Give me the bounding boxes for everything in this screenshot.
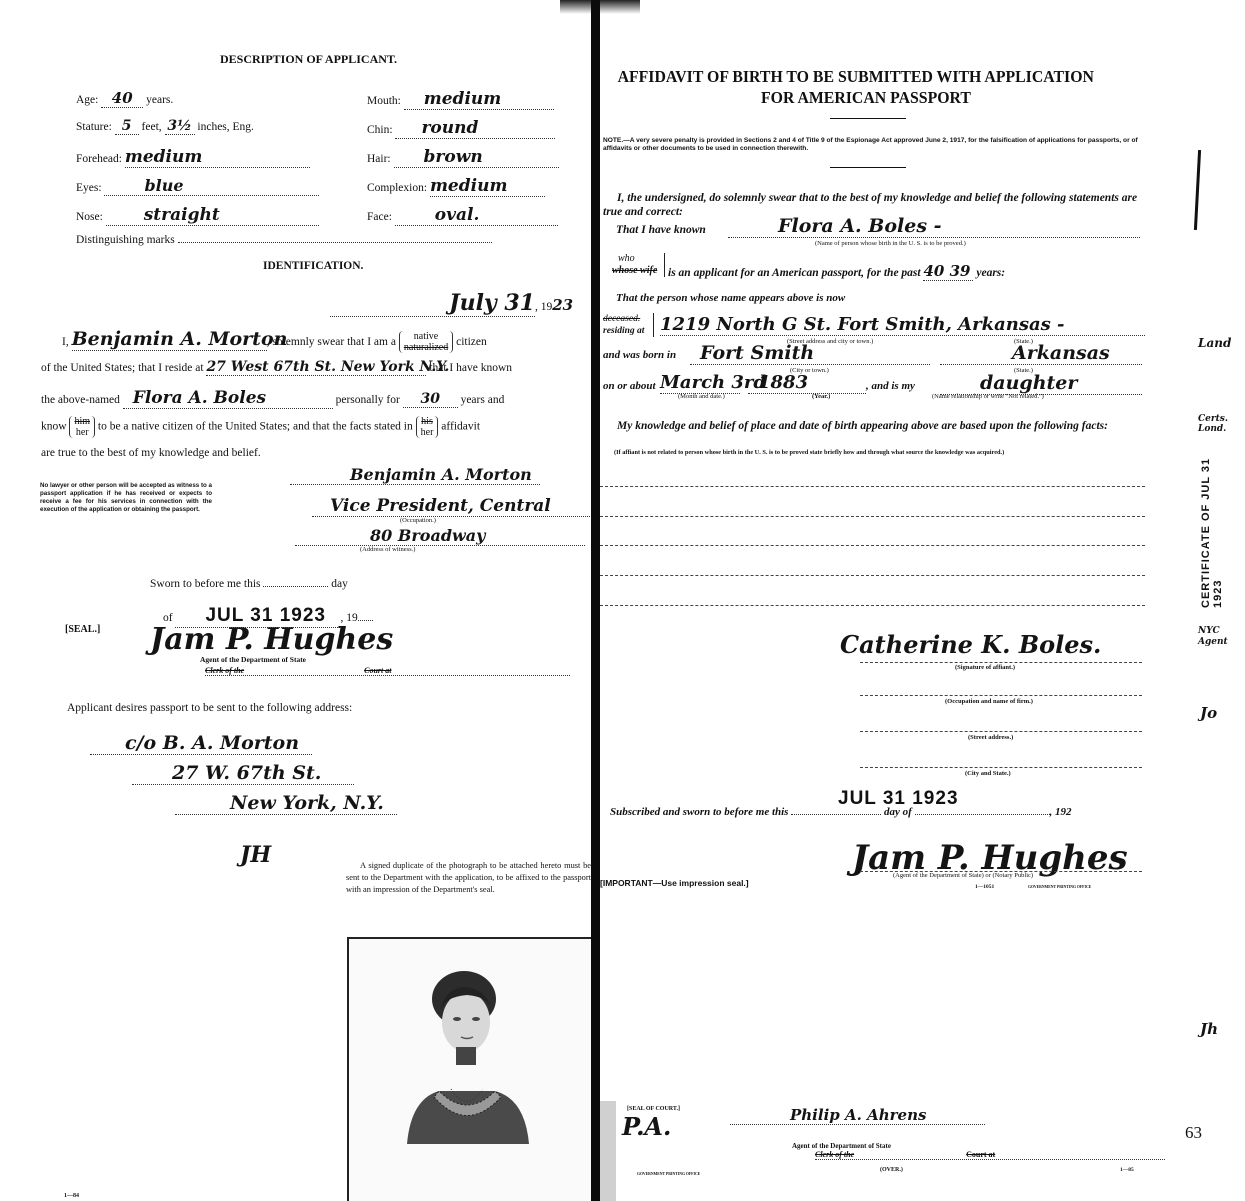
initials-pa: P.A. bbox=[622, 1112, 671, 1141]
facts-line-3 bbox=[600, 545, 1145, 546]
photo-note: A signed duplicate of the photograph to … bbox=[346, 860, 591, 896]
native-option: native bbox=[404, 331, 448, 342]
margin-note-1: Land bbox=[1198, 336, 1231, 350]
espionage-note: NOTE.—A very severe penalty is provided … bbox=[603, 137, 1148, 153]
facts-line-5 bbox=[600, 605, 1145, 606]
margin-bracket-mark bbox=[1194, 150, 1201, 230]
subscribed-line: Subscribed and sworn to before me this d… bbox=[610, 806, 1072, 818]
gpo-bottom: GOVERNMENT PRINTING OFFICE bbox=[637, 1172, 700, 1176]
her-option: her bbox=[74, 427, 90, 438]
whose-wife-option: whose wife bbox=[612, 265, 657, 277]
identification-date: July 31, 1923 bbox=[330, 290, 585, 317]
street-address-caption: (Street address.) bbox=[968, 734, 1013, 741]
him-option: him bbox=[74, 416, 90, 427]
signature-caption: (Signature of affiant.) bbox=[955, 664, 1015, 671]
lawyer-note: No lawyer or other person will be accept… bbox=[40, 482, 212, 514]
note-rule bbox=[830, 167, 906, 168]
occupation-caption: (Occupation.) bbox=[400, 517, 436, 524]
oath-line-5: are true to the best of my knowledge and… bbox=[41, 447, 261, 459]
mailing-initials: JH bbox=[240, 842, 271, 868]
birth-year: 1883 bbox=[748, 372, 866, 394]
hair-value: brown bbox=[394, 147, 559, 168]
chin-row: Chin: round bbox=[367, 118, 555, 139]
known-label: That I have known bbox=[616, 224, 706, 236]
clerk-court-line: Clerk of the Court at bbox=[815, 1150, 1165, 1160]
residence-value: 1219 North G St. Fort Smith, Arkansas - bbox=[660, 314, 1145, 336]
naturalized-option: naturalized bbox=[404, 342, 448, 353]
facts-line-2 bbox=[600, 516, 1145, 517]
margin-note-2: Certs. Lond. bbox=[1198, 414, 1238, 434]
page-gutter bbox=[591, 0, 600, 1201]
important-note: [IMPORTANT—Use impression seal.] bbox=[600, 878, 749, 888]
identification-title: IDENTIFICATION. bbox=[263, 260, 363, 272]
about-label: on or about bbox=[603, 380, 656, 392]
face-value: oval. bbox=[395, 205, 558, 226]
eyes-row: Eyes: blue bbox=[76, 176, 319, 196]
born-label: and was born in bbox=[603, 349, 676, 361]
knowledge-text: My knowledge and belief of place and dat… bbox=[603, 419, 1148, 433]
description-title: DESCRIPTION OF APPLICANT. bbox=[220, 52, 397, 67]
forehead-value: medium bbox=[125, 147, 310, 168]
born-state: Arkansas bbox=[940, 342, 1142, 365]
stature-row: Stature: 5 feet, 3½ inches, Eng. bbox=[76, 118, 254, 135]
agent-label: Agent of the Department of State bbox=[200, 655, 306, 664]
gpo-label: GOVERNMENT PRINTING OFFICE bbox=[1028, 885, 1091, 889]
distinguishing-marks-row: Distinguishing marks bbox=[76, 234, 492, 246]
mouth-value: medium bbox=[404, 89, 554, 110]
witness-signature: Benjamin A. Morton bbox=[290, 465, 540, 485]
oath-line-4: know him her to be a native citizen of t… bbox=[41, 416, 480, 438]
mailing-line-2: 27 W. 67th St. bbox=[132, 762, 354, 785]
oath-line-2: of the United States; that I reside at 2… bbox=[41, 359, 512, 376]
known-caption: (Name of person whose birth in the U. S.… bbox=[815, 240, 966, 247]
oath-line-3: the above-named Flora A. Boles personall… bbox=[41, 388, 504, 409]
who-options: who whose wife bbox=[612, 253, 657, 277]
nose-row: Nose: straight bbox=[76, 205, 319, 226]
complexion-value: medium bbox=[430, 176, 545, 197]
residing-options: deceased. residing at bbox=[603, 313, 644, 337]
seal-label: [SEAL.] bbox=[65, 624, 100, 635]
sworn-line: Sworn to before me this day bbox=[150, 578, 348, 590]
age-row: Age: 40 years. bbox=[76, 89, 173, 108]
margin-certificate-stamp: CERTIFICATE OF JUL 31 1923 bbox=[1200, 448, 1224, 608]
form-1051: 1—1051 bbox=[975, 884, 994, 890]
applicant-line: is an applicant for an American passport… bbox=[668, 262, 1005, 281]
applicant-photo bbox=[347, 937, 596, 1201]
chin-value: round bbox=[395, 118, 555, 139]
form-85: 1—85 bbox=[1120, 1167, 1134, 1173]
city-state-caption: (City and State.) bbox=[965, 770, 1011, 777]
identification-date-value: July 31 bbox=[330, 290, 535, 317]
now-text: That the person whose name appears above… bbox=[616, 292, 845, 304]
occupation-caption-right: (Occupation and name of firm.) bbox=[945, 698, 1033, 705]
witness-occupation: Vice President, Central bbox=[312, 496, 592, 517]
affidavit-title: AFFIDAVIT OF BIRTH TO BE SUBMITTED WITH … bbox=[600, 66, 1112, 108]
known-name: Flora A. Boles - bbox=[728, 215, 1140, 238]
sworn-signature: Jam P. Hughes bbox=[150, 622, 393, 657]
face-row: Face: oval. bbox=[367, 205, 558, 226]
agent-dept-label: Agent of the Department of State bbox=[792, 1142, 891, 1150]
knowledge-note: (If affiant is not related to person who… bbox=[614, 449, 1004, 456]
month-caption: (Month and date.) bbox=[678, 393, 725, 400]
relation-text: , and is my bbox=[866, 380, 915, 392]
over-label: (OVER.) bbox=[880, 1167, 903, 1173]
born-city: Fort Smith bbox=[690, 342, 930, 365]
facts-line-1 bbox=[600, 486, 1145, 487]
affiant-signature: Catherine K. Boles. bbox=[840, 630, 1101, 659]
identification-year: 23 bbox=[552, 296, 573, 314]
year-caption: (Year.) bbox=[812, 393, 830, 400]
page-gutter-shadow bbox=[560, 0, 640, 14]
relation-value: daughter bbox=[940, 372, 1142, 395]
her-option-2: her bbox=[421, 427, 434, 438]
deceased-option: deceased. bbox=[603, 313, 644, 325]
margin-note-3: NYC Agent bbox=[1198, 626, 1238, 648]
residing-option: residing at bbox=[603, 325, 644, 337]
mouth-row: Mouth: medium bbox=[367, 89, 554, 110]
oath-line-1: I, Benjamin A. Morton, solemnly swear th… bbox=[62, 328, 487, 353]
title-rule bbox=[830, 118, 906, 119]
margin-note-4: Jo bbox=[1200, 704, 1217, 722]
portrait-image bbox=[349, 939, 594, 1201]
clerk-signature: Philip A. Ahrens bbox=[730, 1106, 985, 1125]
witness-address: 80 Broadway bbox=[295, 526, 585, 546]
relation-caption: (Name relationship or write "Not related… bbox=[932, 393, 1044, 400]
left-form-number: 1—84 bbox=[64, 1193, 79, 1199]
nose-value: straight bbox=[106, 205, 319, 226]
agent-caption: (Agent of the Department of State) or (N… bbox=[893, 872, 1033, 879]
distinguishing-marks-value bbox=[178, 242, 492, 243]
page-number: 63 bbox=[1185, 1123, 1202, 1143]
mailing-line-1: c/o B. A. Morton bbox=[90, 732, 312, 755]
hair-row: Hair: brown bbox=[367, 147, 559, 168]
mailing-label: Applicant desires passport to be sent to… bbox=[67, 702, 352, 714]
birth-date: March 3rd bbox=[660, 372, 740, 394]
facts-line-4 bbox=[600, 575, 1145, 576]
years-value: 40 39 bbox=[923, 262, 973, 281]
witness-name: Benjamin A. Morton bbox=[72, 328, 267, 351]
years-known: 30 bbox=[403, 391, 458, 408]
address-caption: (Address of witness.) bbox=[360, 546, 415, 553]
stature-feet: 5 bbox=[115, 118, 139, 135]
complexion-row: Complexion: medium bbox=[367, 176, 545, 197]
age-value: 40 bbox=[101, 89, 143, 108]
mailing-line-3: New York, N.Y. bbox=[175, 792, 397, 815]
who-option: who bbox=[612, 253, 657, 265]
witness-residence: 27 West 67th St. New York N.Y. bbox=[206, 359, 426, 376]
clerk-line: Clerk of the Court at bbox=[205, 666, 570, 676]
applicant-name: Flora A. Boles bbox=[123, 388, 333, 409]
stature-inches: 3½ bbox=[165, 118, 195, 135]
his-option: his bbox=[421, 416, 434, 427]
eyes-value: blue bbox=[104, 176, 319, 196]
margin-note-5: Jh bbox=[1200, 1020, 1218, 1038]
forehead-row: Forehead: medium bbox=[76, 147, 310, 168]
